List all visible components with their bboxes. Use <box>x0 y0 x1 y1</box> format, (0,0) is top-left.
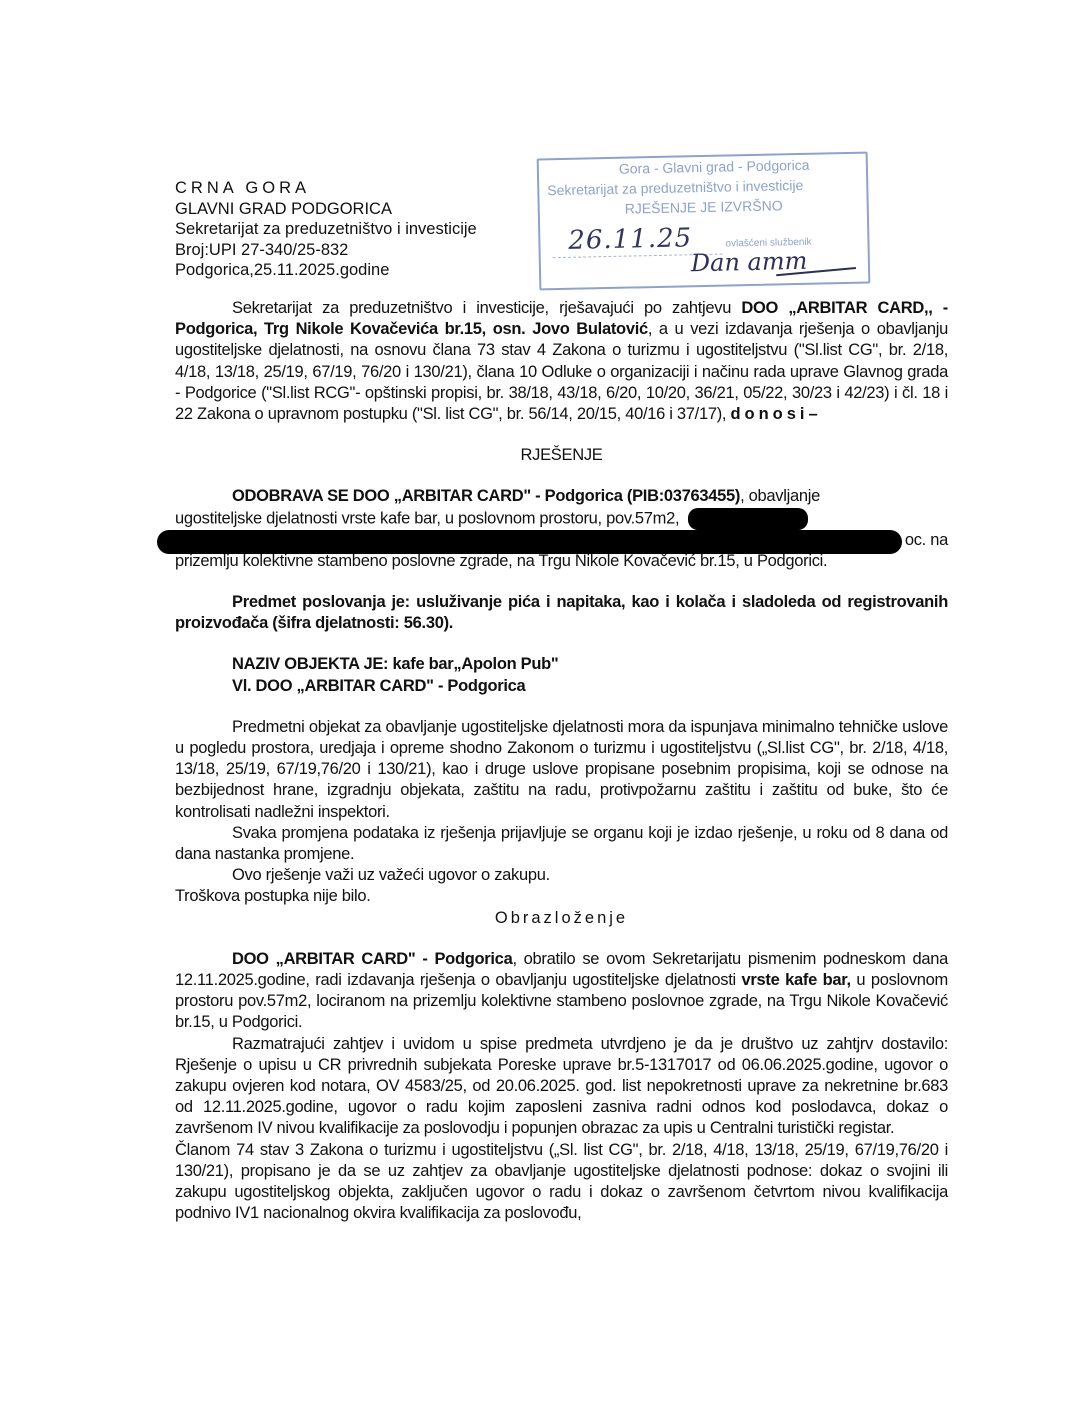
intro-text-a: Sekretarijat za preduzetništvo i investi… <box>232 299 741 317</box>
decision-line-4: prizemlju kolektivne stambeno poslovne z… <box>175 551 948 572</box>
object-name-line-1: NAZIV OBJEKTA JE: kafe bar„Apolon Pub" <box>232 654 948 675</box>
stamp-date: 26.11.25 <box>568 223 692 256</box>
document-body: Sekretarijat za preduzetništvo i investi… <box>175 298 948 1225</box>
stamp-line-2: Sekretarijat za preduzetništvo i investi… <box>547 177 803 198</box>
decision-approval: ODOBRAVA SE DOO „ARBITAR CARD" - Podgori… <box>232 487 740 505</box>
business-subject: Predmet poslovanja je: usluživanje pića … <box>175 592 948 634</box>
intro-paragraph: Sekretarijat za preduzetništvo i investi… <box>175 298 948 425</box>
reasoning-paragraph-2: Razmatrajući zahtjev i uvidom u spise pr… <box>175 1034 948 1140</box>
decision-line-3: oc. na <box>175 530 948 551</box>
reasoning-paragraph-3: Članom 74 stav 3 Zakona o turizmu i ugos… <box>175 1140 948 1225</box>
reasoning-applicant: DOO „ARBITAR CARD" - Podgorica <box>232 950 512 968</box>
country-name: CRNA GORA <box>175 178 477 199</box>
decision-line-2-text: ugostiteljske djelatnosti vrste kafe bar… <box>175 509 684 527</box>
object-name-text: NAZIV OBJEKTA JE: kafe bar„Apolon Pub" <box>232 655 558 673</box>
city-name: GLAVNI GRAD PODGORICA <box>175 199 477 220</box>
enforceability-stamp: Gora - Glavni grad - Podgorica Sekretari… <box>537 152 871 291</box>
decision-line-1: ODOBRAVA SE DOO „ARBITAR CARD" - Podgori… <box>175 486 948 507</box>
decision-text-a: , obavljanje <box>740 487 820 505</box>
case-number: Broj:UPI 27-340/25-832 <box>175 240 477 261</box>
costs-statement: Troškova postupka nije bilo. <box>175 886 948 907</box>
condition-paragraph-1: Predmetni objekat za obavljanje ugostite… <box>175 717 948 823</box>
object-name-block: NAZIV OBJEKTA JE: kafe bar„Apolon Pub" V… <box>175 654 948 696</box>
document-page: CRNA GORA GLAVNI GRAD PODGORICA Sekretar… <box>0 0 1088 1408</box>
stamp-line-1: Gora - Glavni grad - Podgorica <box>619 157 810 177</box>
stamp-line-3: RJEŠENJE JE IZVRŠNO <box>625 197 783 216</box>
place-date: Podgorica,25.11.2025.godine <box>175 260 477 281</box>
redaction-bar <box>688 508 808 530</box>
condition-paragraph-3: Ovo rješenje važi uz važeći ugovor o zak… <box>175 865 948 886</box>
document-header: CRNA GORA GLAVNI GRAD PODGORICA Sekretar… <box>175 178 477 281</box>
department-name: Sekretarijat za preduzetništvo i investi… <box>175 219 477 240</box>
reasoning-paragraph-1: DOO „ARBITAR CARD" - Podgorica, obratilo… <box>175 949 948 1034</box>
intro-donosi: d o n o s i – <box>730 405 817 423</box>
condition-paragraph-2: Svaka promjena podataka iz rješenja prij… <box>175 823 948 865</box>
decision-line-2: ugostiteljske djelatnosti vrste kafe bar… <box>175 508 948 530</box>
decision-title: RJEŠENJE <box>175 445 948 466</box>
redaction-bar <box>157 530 902 554</box>
business-subject-text: Predmet poslovanja je: usluživanje pića … <box>175 593 948 632</box>
reasoning-title: Obrazloženje <box>175 908 948 929</box>
reasoning-type: vrste kafe bar, <box>742 971 851 989</box>
object-owner-text: Vl. DOO „ARBITAR CARD" - Podgorica <box>232 677 525 695</box>
decision-line-3-tail: oc. na <box>905 530 948 551</box>
object-name-line-2: Vl. DOO „ARBITAR CARD" - Podgorica <box>232 676 948 697</box>
